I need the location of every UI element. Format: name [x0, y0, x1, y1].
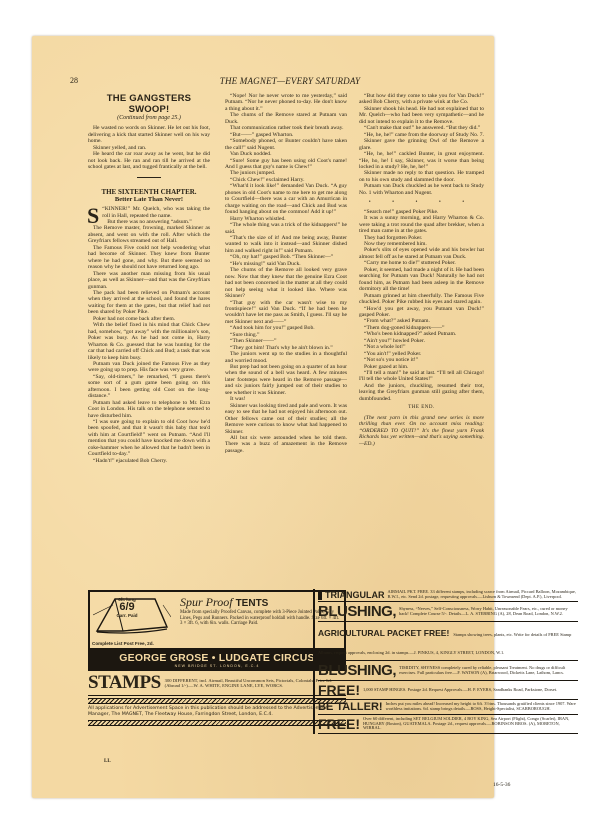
stamps-advert: STAMPS 300 DIFFERENT, incl. Airmail, Bea…	[88, 671, 346, 696]
the-end: THE END.	[359, 405, 484, 411]
paragraph: The chums of the Remove stared at Putnam…	[225, 112, 347, 125]
paragraph: Skinner gave the grinning Owl of the Rem…	[359, 138, 484, 151]
decorative-border	[88, 698, 346, 704]
chapter-opening: “KINNER!” Mr. Quelch, who was taking the…	[102, 206, 210, 218]
story-body-3b: “Search me!” gasped Poker Pike.It was a …	[359, 209, 484, 403]
classified-advert: FREE! 1,000 STAMP HINGES. Postage 2d. Re…	[318, 681, 578, 700]
advert-text: AIRMAIL PKT. FREE. 33 different stamps, …	[388, 590, 579, 600]
story-body-2: “Nope! Nor he never wrote to me yesterda…	[225, 93, 347, 454]
paragraph: But prep had not been going on a quarter…	[225, 364, 347, 396]
tent-price-badge: 6ft. long 6/9 Carr. Paid	[112, 597, 142, 618]
story-title: THE GANGSTERS SWOOP!	[88, 93, 210, 115]
issue-code: LL	[104, 759, 111, 764]
classified-advert: FREE! Over 60 different, including SET B…	[318, 715, 578, 734]
advert-heading: BE TALLER!	[318, 701, 383, 713]
advert-heading: AGRICULTURAL PACKET FREE!	[318, 628, 449, 638]
chapter-subtitle: Better Late Than Never!	[88, 197, 210, 203]
tent-price: 6/9	[112, 602, 142, 613]
classified-advert: AGRICULTURAL PACKET FREE! Stamps showing…	[318, 622, 578, 661]
paragraph: “The whole thing was a trick of the kidn…	[225, 222, 347, 235]
paragraph: Poker's slits of eyes opened wide and hi…	[359, 247, 484, 260]
advertisement-note: All applications for Advertisement Space…	[88, 706, 346, 718]
classified-advert: BE TALLER! Inches put you miles ahead! I…	[318, 700, 578, 715]
tent-list-line: Complete List Post Free, 2d.	[92, 641, 154, 646]
advert-text: Inches put you miles ahead! Increased my…	[386, 702, 578, 712]
tent-title-bold: TENTS	[236, 598, 269, 609]
paragraph: With the belief fixed in his mind that C…	[88, 322, 210, 361]
grose-name: GEORGE GROSE • LUDGATE CIRCUS	[88, 650, 346, 664]
paragraph: “Nope! Nor he never wrote to me yesterda…	[225, 93, 347, 112]
advert-heading: BLUSHING,	[318, 603, 396, 620]
paragraph: “What'd it look like!” demanded Van Duck…	[225, 183, 347, 215]
story-intro: He wasted no words on Skinner. He let ou…	[88, 125, 210, 170]
advert-heading: BLUSHING,	[318, 662, 396, 679]
ads-right-block: TRIANGULAR AIRMAIL PKT. FREE. 33 differe…	[313, 589, 578, 734]
editor-note: (The next yarn in this grand new series …	[359, 415, 484, 447]
date-code: 16-5-36	[493, 782, 510, 788]
paragraph: Putnam grinned at him cheerfully. The Fa…	[359, 293, 484, 306]
paragraph: Skinner shook his head. He had not expla…	[359, 106, 484, 125]
paragraph: “That guy with the car wasn't wise to my…	[225, 300, 347, 326]
paragraph: Putnam van Duck joined the Famous Five a…	[88, 361, 210, 374]
paragraph: “Can't make that out!” he answered. “But…	[359, 125, 484, 131]
ads-left-block: 6ft. long 6/9 Carr. Paid Complete List P…	[88, 590, 346, 728]
decorative-border	[88, 720, 346, 726]
tent-advert: 6ft. long 6/9 Carr. Paid Complete List P…	[88, 590, 346, 650]
section-break: • • • • •	[359, 199, 484, 205]
paragraph: “That's the size of it! And me being awa…	[225, 235, 347, 254]
advert-text: Shyness, “Nerves,” Self-Consciousness, W…	[399, 607, 578, 617]
classified-advert: BLUSHING, Shyness, “Nerves,” Self-Consci…	[318, 602, 578, 622]
tent-title: Spur Proof TENTS	[180, 595, 268, 610]
paragraph: “I was sure going to explain to old Coot…	[88, 419, 210, 458]
continued-note: (Continued from page 25.)	[88, 115, 210, 121]
running-head: THE MAGNET—EVERY SATURDAY	[70, 76, 510, 86]
paragraph: Skinner was looking tired and pale and w…	[225, 403, 347, 435]
grose-banner: GEORGE GROSE • LUDGATE CIRCUS NEW BRIDGE…	[88, 650, 346, 671]
paragraph: Putnam had asked leave to telephone to M…	[88, 400, 210, 419]
paragraph: The Famous Five could not help wondering…	[88, 245, 210, 271]
grose-address: NEW BRIDGE ST. LONDON, E.C.4	[88, 664, 346, 668]
story-column-1: THE GANGSTERS SWOOP! (Continued from pag…	[88, 93, 210, 464]
story-body-1: But there was no answering “adsum.”The R…	[88, 219, 210, 464]
paragraph: It was a sunny morning, and Harry Wharto…	[359, 215, 484, 234]
paragraph: He wasted no words on Skinner. He let ou…	[88, 125, 210, 144]
advert-text: TIMIDITY, SHYNESS completely cured by re…	[399, 666, 578, 676]
story-column-2: “Nope! Nor he never wrote to me yesterda…	[225, 93, 347, 454]
paragraph: “I'll tell a man!” he said at last. “I'l…	[359, 370, 484, 383]
paragraph: There was another man missing from his u…	[88, 271, 210, 290]
story-body-3a: “But how did they come to take you for V…	[359, 93, 484, 196]
advert-text: Over 60 different, including SET BELGIUM…	[363, 717, 578, 732]
paragraph: “He, he, he!” cackled Bunter, in great e…	[359, 151, 484, 170]
classified-advert: TRIANGULAR AIRMAIL PKT. FREE. 33 differe…	[318, 589, 578, 602]
drop-cap: S	[87, 207, 99, 224]
paragraph: The pack had been relieved on Putnam's a…	[88, 290, 210, 316]
paragraph: Putnam van Duck chuckled as he went back…	[359, 183, 484, 196]
paragraph: The Remove master, frowning, marked Skin…	[88, 225, 210, 244]
paragraph: And the juniors, chuckling, resumed thei…	[359, 383, 484, 402]
paragraph: “How'd you get away, you Putnam van Duck…	[359, 306, 484, 319]
advert-heading: FREE!	[318, 716, 360, 732]
advert-heading: FREE!	[318, 682, 360, 698]
paragraph: Skinner made no reply to that question. …	[359, 170, 484, 183]
paragraph: “Say, old-timers,” he remarked, “I guess…	[88, 374, 210, 400]
tent-carriage: Carr. Paid	[112, 613, 142, 618]
page-header: 28 THE MAGNET—EVERY SATURDAY	[70, 76, 510, 88]
tent-title-script: Spur Proof	[180, 595, 233, 609]
paragraph: The juniors went up to the studies in a …	[225, 351, 347, 364]
stamps-heading: STAMPS	[88, 672, 161, 694]
section-rule	[137, 177, 161, 178]
story-column-3: “But how did they come to take you for V…	[359, 93, 484, 447]
paragraph: Poker, it seemed, had made a night of it…	[359, 267, 484, 293]
paragraph: “Somebody phoned, or Bunter couldn't hav…	[225, 138, 347, 151]
paragraph: He heard the car roar away as he went, b…	[88, 151, 210, 170]
paragraph: That communication rather took their bre…	[225, 125, 347, 131]
paragraph: “Sure! Some guy has been using old Coot'…	[225, 158, 347, 171]
paragraph: “Oh, my hat!” gasped Bob. “Then Skinner—…	[225, 254, 347, 260]
paragraph: “Hadn't!” ejaculated Bob Cherry.	[88, 458, 210, 464]
paragraph: The chums of the Remove all looked very …	[225, 267, 347, 299]
classified-advert: BLUSHING, TIMIDITY, SHYNESS completely c…	[318, 661, 578, 681]
advert-text: 1,000 STAMP HINGES. Postage 2d. Request …	[363, 688, 578, 693]
paragraph: All but six were astounded when he told …	[225, 435, 347, 454]
advert-heading: TRIANGULAR	[318, 590, 385, 600]
paragraph: “But how did they come to take you for V…	[359, 93, 484, 106]
